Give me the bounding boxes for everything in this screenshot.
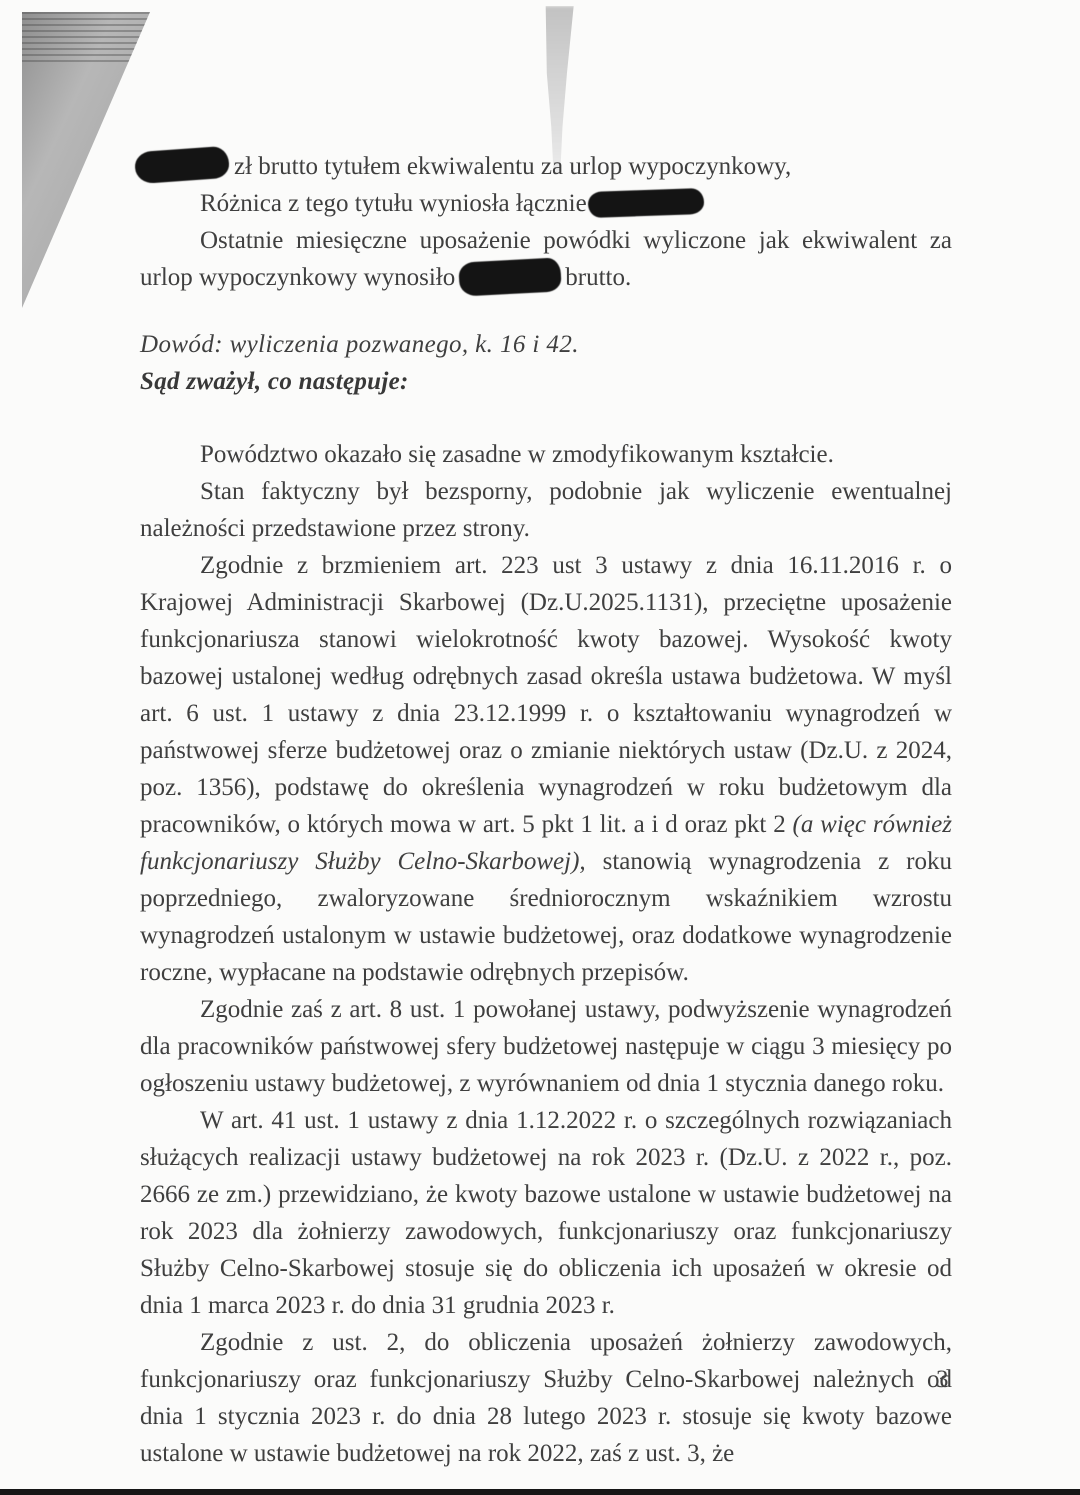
redaction-mark (588, 189, 703, 217)
document-body: zł brutto tytułem ekwiwalentu za urlop w… (140, 148, 952, 1472)
redaction-mark (459, 259, 561, 296)
page-number: 3 (936, 1366, 949, 1394)
paragraph-intro-line1: zł brutto tytułem ekwiwalentu za urlop w… (140, 148, 952, 185)
scan-edge-artifact (0, 1489, 1080, 1495)
paragraph-intro-line2: Różnica z tego tytułu wyniosła łącznie (140, 185, 952, 222)
paragraph-facts: Stan faktyczny był bezsporny, podobnie j… (140, 473, 952, 547)
body-text: Różnica z tego tytułu wyniosła łącznie (200, 190, 587, 217)
paragraph-ust2: Zgodnie z ust. 2, do obliczenia uposażeń… (140, 1324, 952, 1472)
evidence-line: Dowód: wyliczenia pozwanego, k. 16 i 42. (140, 326, 952, 363)
paragraph-art41: W art. 41 ust. 1 ustawy z dnia 1.12.2022… (140, 1102, 952, 1324)
paragraph-verdict-summary: Powództwo okazało się zasadne w zmodyfik… (140, 436, 952, 473)
body-text: Zgodnie z brzmieniem art. 223 ust 3 usta… (140, 552, 952, 838)
scan-fold-artifact (22, 12, 150, 308)
paragraph-art8: Zgodnie zaś z art. 8 ust. 1 powołanej us… (140, 991, 952, 1102)
section-heading: Sąd zważył, co następuje: (140, 363, 952, 400)
paragraph-legal-basis: Zgodnie z brzmieniem art. 223 ust 3 usta… (140, 547, 952, 991)
body-text: brutto. (565, 264, 631, 291)
paragraph-last-salary: Ostatnie miesięczne uposażenie powódki w… (140, 222, 952, 296)
body-text: zł brutto tytułem ekwiwalentu za urlop w… (234, 153, 791, 180)
redaction-mark (135, 147, 229, 183)
scanned-court-document-page: zł brutto tytułem ekwiwalentu za urlop w… (0, 0, 1080, 1495)
